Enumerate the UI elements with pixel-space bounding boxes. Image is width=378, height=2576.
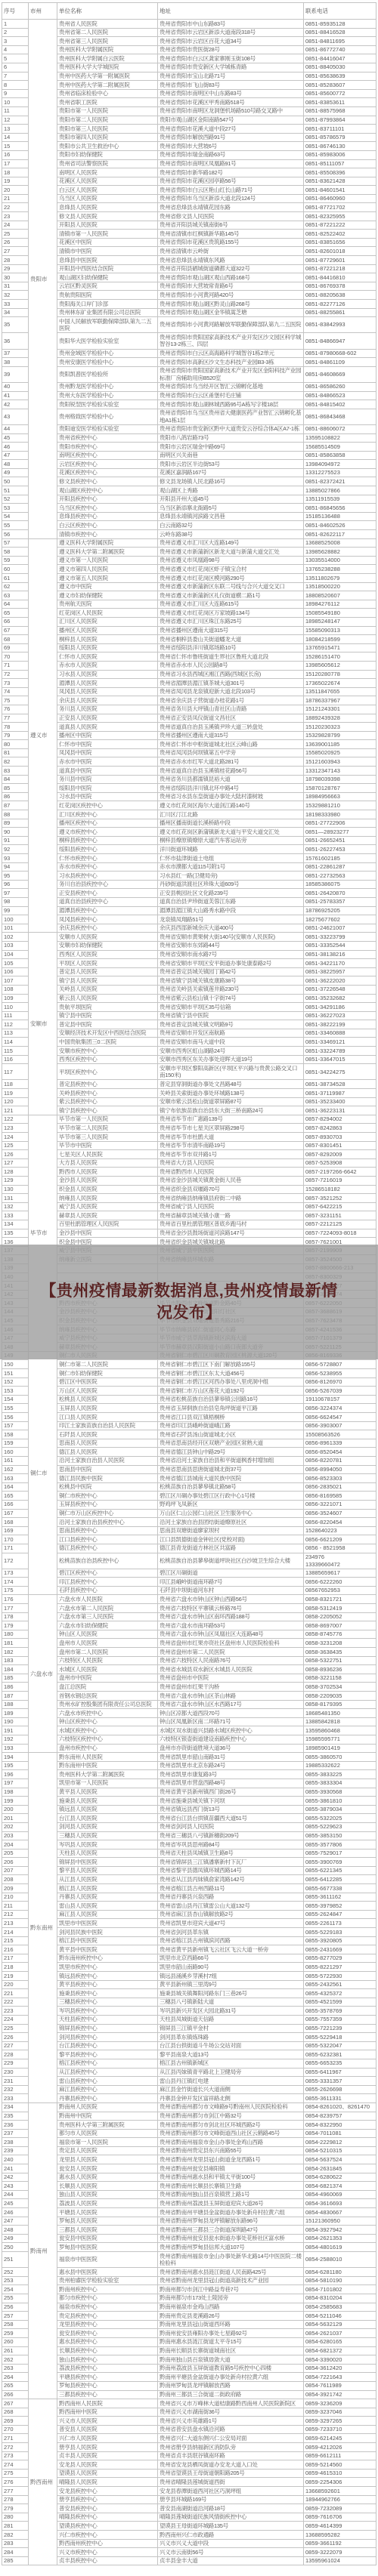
cell-phone: 0857-7224093-8018 [304,1229,376,1238]
table-row: 272册亨县人民医院贵州省册亨县纳福新区消防队旁0859-4212026 [2,2443,376,2452]
table-row: 189六盘水市疾控中心钟山区凉都大道西段70号18685481350 [2,1709,376,1718]
cell-address: 贞丰县金丰大道 [158,2556,304,2565]
cell-unit-name: 贵州林东矿业集团有限公司总医院 [57,308,158,317]
cell-unit-name: 黄平县人民医院 [57,1788,158,1797]
cell-no: 227 [2,2041,29,2050]
table-row: 32贵航贵阳医院贵州省贵阳市小河黄河路420号0851-88205638 [2,291,376,300]
cell-address: 贵州省黔南州罗甸县信邦大道107号 [158,2243,304,2252]
cell-no: 159 [2,1439,29,1448]
table-row: 72习水县人民医院贵州省习水县西城区湘江西路(西城区长房)15120280778 [2,670,376,679]
cell-phone: 0855-7221239 [304,2024,376,2033]
cell-address: 贵州省纳雍县纳雍镇县府街二中路 [158,1194,304,1203]
cell-no: 272 [2,2443,29,2452]
table-row: 259瓮安县疾控中心黔南州瓮安县雍阳办事处七星路92号0854-2621037 [2,2329,376,2338]
cell-unit-name: 湄潭县疾控中心 [57,906,158,915]
cell-no: 234 [2,2102,29,2112]
cell-unit-name: 遵义市妇幼保健院 [57,591,158,600]
cell-phone: 0858-5312419 [304,1604,376,1613]
table-row: 166玉屏县疾控中心野鸡坪飞凤新区0856-3221071 [2,1500,376,1509]
table-row: 118普定县疾控中心普定县穿洞街道办事处文昌路48号0851-38734528 [2,1080,376,1089]
table-row: 71赤水市人民医院贵州省赤水市人民公园路8号13985605612 [2,661,376,670]
table-row: 108关岭县人民医院贵州省关岭县关索镇莲井路230号0851-37226548 [2,985,376,994]
cell-no: 157 [2,1421,29,1430]
cell-unit-name: 正安县疾控中心 [57,889,158,898]
table-row: 120紫云县疾控中心安顺市紫云县松山街道翠屏路87号0851-35233400 [2,1097,376,1106]
cell-unit-name: 道真县中医院 [57,767,158,776]
cell-no: 32 [2,291,29,300]
cell-address: 贵州省剑河县人民医院 [158,1822,304,1831]
cell-no: 110 [2,1003,29,1012]
cell-address: 贵州省黔南州都匀市剑北社区环城西路2号 [158,2121,304,2130]
cell-unit-name: 三穗县疾控中心 [57,1998,158,2007]
cell-address: 播州区播南街道长溪桥路中段 [158,819,304,828]
cell-address: 贵州省安顺市平坝区35号信箱 [158,1003,304,1012]
cell-no: 84 [2,775,29,784]
cell-no: 262 [2,2355,29,2365]
cell-phone: 17365022674 [304,679,376,688]
watermark-overlay: 【贵州疫情最新数据消息,贵州疫情最新情况发布】 [0,1245,378,1359]
table-row: 263荔波县疾控中心黔南州荔波县玉屏街道教育路5号疾控中心四楼0854-3612… [2,2364,376,2373]
table-row: 190钟山区疾控中心钟山区凤凰新区南二环路71号13885842818 [2,1717,376,1726]
cell-address: 钟山区凉都大道西段70号 [158,1709,304,1718]
cell-unit-name: 贵阳市第三人民医院 [57,125,158,134]
table-row: 26花溪区中医院贵州省贵阳市花溪区贵筑路155号0851-83851656 [2,238,376,247]
table-row: 212麻江县人民医院贵州省麻江县杏山镇解放路2号0855-2624847 [2,1910,376,1919]
cell-address: 贵州省贵阳市高新区沙文生态科技产业园B3-3栋 [158,358,304,367]
cell-address: 贵州省册亨县纳福新区消防队旁 [158,2443,304,2452]
table-row: 258龙里县疾控中心黔南州龙里县冠山街道西环路0854-5632129 [2,2320,376,2329]
cell-address: 贵阳市观山湖区金阳南路547号 [158,116,304,125]
cell-no: 65 [2,609,29,618]
cell-phone: 13035514000 [304,556,376,565]
cell-phone: 13639001185 [304,740,376,749]
cell-unit-name: 安龙县人民医院 [57,2460,158,2470]
cell-phone: 0851-88205638 [304,291,376,300]
cell-no: 94 [2,862,29,872]
table-row: 154松桃县人民医院贵州省松桃苗族自治县蓼皋镇公园路16号19110678157 [2,1395,376,1404]
table-row: 67播州区人民医院贵州省播州区遵南大道315号15585090313 [2,626,376,635]
cell-phone: 0854-7611989 [304,2381,376,2390]
cell-phone: 0851-83842993 [304,317,376,333]
cell-address: 凯里市韶山南路90号 [158,1963,304,1972]
cell-phone: 18808520607 [304,591,376,600]
table-row: 27清镇市中医院贵州省清镇市云岭街0851-82601018 [2,247,376,256]
cell-phone: 0859-3661192 [304,2539,376,2548]
cell-no: 33 [2,300,29,309]
table-row: 155玉屏县人民医院贵州省玉屏侗族自治县皂角坪街道平江路0856-3224374 [2,1404,376,1413]
table-row: 10贵州省职工医院贵州省贵阳市花溪区甲秀南路518号0851-83853611 [2,98,376,107]
table-row: 241瓮安县人民医院贵州省黔南州瓮安县雍阳镇0854-2631845 [2,2164,376,2173]
cell-address: 贵州省凯里市北京东路24号 [158,1761,304,1770]
cell-phone: 0851-84608669 [304,366,376,382]
cell-no: 213 [2,1919,29,1928]
cell-no: 238 [2,2138,29,2147]
cell-unit-name: 黔南州中医院 [57,2112,158,2121]
cell-no: 223 [2,2007,29,2016]
cell-phone: 15120230323 [304,723,376,732]
cell-address: 台江县台拱街道斗牛场公交站对面 [158,2041,304,2050]
cell-phone: 0859-3222079 [304,2548,376,2557]
cell-address: 贵州省遵义市新蒲新区礼仪街道横二路1号 [158,591,304,600]
cell-address: 遵义市红花岗区新蒲镇新龙大道与平安大道交汇处 [158,828,304,837]
cell-phone: 0851-26227453 [304,845,376,854]
table-row: 112普定县中医院贵州省普定县城关镇文明路9号0851-38222199 [2,1020,376,1029]
cell-unit-name: 天柱县疾控中心 [57,2015,158,2024]
cell-phone: 0854-3616693 [304,2199,376,2208]
table-row: 208从江县人民医院贵州省从江县丙妹镇俞家湾路142号0855-6412285 [2,1875,376,1884]
cell-address: 印江县峨岭街道南环路7号 [158,1578,304,1587]
cell-phone: 13985628882 [304,548,376,557]
cell-unit-name: 红花岗区人民医院 [57,609,158,618]
cell-unit-name: 雷山县人民医院 [57,1902,158,1911]
cell-phone: 0851-85863858 [304,451,376,460]
cell-phone: 0857-8930703 [304,1133,376,1142]
cell-phone: 0854-3612420 [304,2364,376,2373]
table-row: 33贵阳海关口岸门诊部贵州省贵阳市观山湖区黔灵山路268号0851-822771… [2,300,376,309]
cell-unit-name: 贵阳市第四人民医院 [57,133,158,142]
cell-no: 82 [2,757,29,767]
cell-unit-name: 岑巩县疾控中心 [57,2007,158,2016]
cell-unit-name: 荔波县疾控中心 [57,2364,158,2373]
cell-phone: 0851-85638639 [304,72,376,81]
cell-address: 贵州省紫云县松山镇十字街74号 [158,994,304,1003]
cell-phone: 18798039398 [304,775,376,784]
cell-no: 132 [2,1202,29,1211]
cell-no: 221 [2,1989,29,1998]
cell-unit-name: 白云区疾控中心 [57,521,158,530]
table-row: 209榕江县人民医院贵州省榕江县古州西路11号0855-6677338 [2,1884,376,1893]
cell-unit-name: 绥阳县疾控中心 [57,845,158,854]
cell-phone: 0857-5253908 [304,1158,376,1168]
cell-phone: 0855-6412285 [304,1875,376,1884]
cell-no: 180 [2,1630,29,1639]
table-row: 18南明区人民医院贵州省贵阳市新华路182号0851-85508396 [2,168,376,177]
cell-unit-name: 毕节市第三人民医院 [57,1133,158,1142]
table-row: 56清镇市疾控中心云岭东路38号0851-82622117 [2,530,376,539]
cell-no: 80 [2,740,29,749]
cell-phone: 15120280778 [304,670,376,679]
cell-unit-name: 平塘县人民医院 [57,2208,158,2217]
table-row: 180钟山区人民医院贵州省六盘水市钟山区凤凰社区大连路48号0858-87457… [2,1630,376,1639]
table-row: 205天柱县人民医院贵州省天柱县凤城镇卫生路8号0855-7529017 [2,1849,376,1858]
cell-unit-name: 平坝区人民医院 [57,959,158,968]
table-row: 59遵义市第一人民医院贵州省遵义市凤凰路98号13035514000 [2,556,376,565]
cell-address: 贵州省贞丰县珉谷镇南环路 [158,2451,304,2460]
table-row: 52开阳县疾控中心开阳县开州大道45号13511915539 [2,495,376,504]
cell-no: 240 [2,2155,29,2164]
cell-phone: 0855-6411967 [304,2068,376,2077]
cell-unit-name: 贵州安康医学检验中心 [57,358,158,367]
table-row: 238福泉市第一人民医院贵州省黔南州福泉市金山办事处金鸡山西路0854-2229… [2,2138,376,2147]
cell-unit-name: 六枝特区人民医院 [57,1656,158,1665]
cell-phone: 13885659617 [304,1569,376,1578]
cell-unit-name: 安龙县疾控中心 [57,2487,158,2496]
table-row: 268黔西南州中医院贵州省兴义市湖南街36号0859-3237046 [2,2408,376,2417]
cell-unit-name: 遵义市疾控中心 [57,828,158,837]
cell-no: 230 [2,2068,29,2077]
table-row: 53乌当区疾控中心乌当区新添寨北衙路5号0851-86845656 [2,504,376,513]
table-row: 281望谟县疾控中心望谟县王母街道环城路135号0859-4614399 [2,2522,376,2531]
cell-unit-name: 贵州省第三人民医院 [57,37,158,46]
cell-unit-name: 贵州省第二人民医院 [57,28,158,37]
table-row: 48云岩区疾控中心贵阳市云岩区半边街53号13984094972 [2,460,376,469]
cell-no: 98 [2,897,29,906]
table-row: 78道真县人民医院贵州省道真自治县玉溪镇尹珍大道三转盘处15120230323 [2,723,376,732]
cell-phone: 1528640223 [304,1526,376,1535]
table-row: 97正安县疾控中心正安县桃园社区文化路239号0851-26420870 [2,889,376,898]
cell-phone: 13688525008 [304,538,376,548]
cell-phone: 0856-8994050 [304,1465,376,1474]
cell-phone: 0854-7221643 [304,2373,376,2382]
table-row: 115安顺市疾控中心安顺市西秀区虹山湖路24号0851-33224789 [2,1047,376,1056]
cell-address: 贵州省铜仁市碧江区下南门解放路155号 [158,1360,304,1369]
cell-unit-name: 百里杜鹃管理区人民医院 [57,1220,158,1229]
cell-unit-name: 凤冈县人民医院 [57,687,158,696]
table-row: 245荔波县人民医院贵州省黔南州荔波县玉屏街道迎宾大道26号0854-36166… [2,2199,376,2208]
table-row: 222三穗县疾控中心三穗县八弓镇新陆大道0855-4521599 [2,1998,376,2007]
cell-phone: 0855-5229623 [304,1822,376,1831]
cell-address: 贵州省毕节市杜鹃大道 [158,1133,304,1142]
table-row: 130织金县人民医院贵州省织金县双堰路70号15286518182 [2,1185,376,1194]
cell-phone: 18685481350 [304,1709,376,1718]
cell-unit-name: 瓮安县人民医院 [57,2164,158,2173]
cell-unit-name: 仁怀市疾控中心 [57,854,158,863]
cell-no: 211 [2,1902,29,1911]
table-row: 73湄潭县人民医院贵州省湄潭县湄江镇茶城大道301号17365022674 [2,679,376,688]
cell-unit-name: 西秀区疾控中心 [57,1055,158,1064]
table-row: 217黔东南州疾控中心凯里市北京西路66号0855-8277029 [2,1954,376,1963]
cell-unit-name: 白云区人民医院 [57,186,158,195]
table-row: 29开阳县中西医结合医院贵州省开阳县硒城街道磷都大道322号0851-87221… [2,264,376,273]
table-row: 279普安县疾控中心普安县南湖街道沿河路18号0859-7232089 [2,2504,376,2513]
cell-unit-name: 思南县人民医院 [57,1439,158,1448]
cell-no: 40 [2,382,29,391]
cell-phone: 0851—28923277 [304,828,376,837]
cell-unit-name: 贵阳海关口岸门诊部 [57,300,158,309]
table-row: 262独山县疾控中心黔南州独山县百泉镇毋敛大道0854-3390020 [2,2355,376,2365]
cell-no: 265 [2,2381,29,2390]
cell-phone: 0855-4325372 [304,1989,376,1998]
cell-phone: 0851-82522402 [304,230,376,239]
cell-address: 贵州省贵阳市白云区高海路科学城智谷1栋2单元 [158,349,304,358]
cell-address: 贵州省贵阳市贵安新区黔中大道贵安云谷综合体A区A7-1栋 [158,424,304,433]
cell-unit-name: 汇川区人民医院 [57,617,158,626]
cell-phone: 0857-3521252 [304,1194,376,1203]
cell-no: 236 [2,2121,29,2130]
table-row: 158石阡县人民医院贵州省石阡县汤山街道城北小区15508563526 [2,1430,376,1439]
cell-no: 253 [2,2276,29,2285]
cell-unit-name: 余庆县疾控中心 [57,924,158,933]
cell-unit-name: 七星关区人民医院 [57,1150,158,1159]
table-row: 104西秀区人民医院贵州省安顺市南水路7号0851-38138216 [2,950,376,959]
cell-phone: 0854-6821374 [304,2182,376,2191]
cell-no: 277 [2,2487,29,2496]
table-row: 57遵义市遵义医科大学附属医院贵州省遵义市汇川区大连路149号136885250… [2,538,376,548]
cell-phone: 13312275523 [304,468,376,477]
cell-address: 沿河土家族自治县团结街道燎原社区 [158,1518,304,1527]
cell-unit-name: 册亨县人民医院 [57,2443,158,2452]
cell-unit-name: 龙里县疾控中心 [57,2320,158,2329]
cell-no: 5 [2,54,29,63]
cell-phone: 15761602185 [304,854,376,863]
cell-address: 贵州省安顺市黄果树大街140号(安顺市人民医院) [158,933,304,942]
cell-no: 252 [2,2268,29,2277]
cell-address: 普安县南湖街道沿河路18号 [158,2504,304,2513]
cell-phone: 0856-6621209 [304,1535,376,1544]
cell-no: 154 [2,1395,29,1404]
cell-no: 126 [2,1150,29,1159]
cell-phone: 0851-33352544 [304,941,376,950]
cell-unit-name: 盘州市疾控中心 [57,1744,158,1753]
cell-address: 贵州省绥阳县洋川镇北环中路4号 [158,784,304,793]
cell-unit-name: 荔波县人民医院 [57,2199,158,2208]
cell-no: 112 [2,1020,29,1029]
cell-phone: 0854-2588010 [304,2252,376,2268]
cell-no: 217 [2,1954,29,1963]
table-row: 157印江土家族苗族自治县人民医院贵州省印江县峨岭街道峨江路0856-39030… [2,1421,376,1430]
cell-unit-name: 贵阳市第一人民医院 [57,106,158,116]
table-row: 50修文县疾控中心修文县龙场镇人民北路16号0851-82372421 [2,477,376,486]
cell-phone: 0851-85111057 [304,159,376,168]
table-row: 162思南县中医院贵州省思南县思唐街道城北街37号0856-8994050 [2,1465,376,1474]
table-row: 21乌当区人民医院贵州省贵阳市乌当区新添大道北段124号0851-8646096… [2,194,376,203]
cell-address: 贵州省威宁县人民医院 [158,1202,304,1211]
cell-address: 天柱县凤城街道天信路 [158,2015,304,2024]
cell-unit-name: 凤冈县疾控中心 [57,915,158,924]
cell-no: 57 [2,538,29,548]
table-row: 4贵州医科大学附属医院贵州省贵阳市贵医街28号0851-86772740 [2,45,376,54]
cell-no: 79 [2,731,29,740]
cell-unit-name: 贵州省疾控中心 [57,433,158,443]
cell-no: 162 [2,1465,29,1474]
cell-unit-name: 乌当区人民医院 [57,194,158,203]
cell-city: 铜仁市 [29,1351,57,1595]
cell-unit-name: 锦屏县中医医院 [57,1858,158,1867]
cell-phone: 15286151470 [304,652,376,662]
table-row: 46贵阳市疾控中心贵阳市云岩区瑞金中路69号15685514509 [2,443,376,452]
table-row: 91桐梓县疾控中心桐梓县燎原镇燎原大道汽车客运站旁0851-26652451 [2,836,376,845]
cell-phone: 0851-84815402 [304,400,376,409]
cell-no: 283 [2,2539,29,2548]
cell-unit-name: 瓮安县中医医院 [57,2234,158,2243]
cell-city: 黔东南州 [29,1753,57,2103]
table-row: 233丹寨县疾控中心丹寨县金钟开发区富祥路北侧0855-3611331 [2,2094,376,2103]
cell-phone: 0851-27722906 [304,819,376,828]
cell-address: 碧江区川硐办事处碧江区行政中心1号楼 [158,1492,304,1501]
cell-unit-name: 贵定县人民医院 [57,2146,158,2155]
table-row: 223岑巩县疾控中心岑巩县新兴开发区大园北路31号0855-3578769 [2,2007,376,2016]
cell-phone: 0858-5322751 [304,1656,376,1665]
cell-address: 贵州省百里杜鹃管理区普底乡跑马村 [158,1220,304,1229]
cell-unit-name: 播州区疾控中心 [57,819,158,828]
table-row: 61遵义市第五人民医院贵州省遵义市红花岗区模河路290号13511802679 [2,574,376,583]
cell-no: 30 [2,273,29,282]
cell-unit-name: 观山湖区妇幼保健院 [57,273,158,282]
cell-unit-name: 花溪区人民医院 [57,177,158,186]
cell-phone: 0854-8261020、8261470 [304,2102,376,2112]
cell-no: 104 [2,950,29,959]
table-row: 1贵阳市贵州省人民医院贵州省贵阳市中山东路83号0851-85935128 [2,20,376,29]
cell-no: 114 [2,1038,29,1047]
cell-phone: 0851-85935128 [304,20,376,29]
cell-unit-name: 中国人民解放军联勤保障部队第九二五医院 [57,317,158,333]
cell-no: 108 [2,985,29,994]
cell-phone: 0858-2205052 [304,1612,376,1621]
cell-address: 册亨县环城路169号 [158,2495,304,2504]
cell-unit-name: 黄平县疾控中心 [57,1980,158,1989]
cell-unit-name: 云岩区疾控中心 [57,460,158,469]
cell-address: 贵州省岑巩县思州路84号 [158,1840,304,1849]
cell-no: 48 [2,460,29,469]
cell-address: 桐梓县燎原镇燎原大道汽车客运站旁 [158,836,304,845]
cell-address: 贵州省息烽县永靖镇东风路 [158,256,304,265]
cell-unit-name: 黔西市人民医院 [57,1168,158,1177]
cell-phone: 0855-5322025 [304,1814,376,1823]
table-row: 243长顺县人民医院贵州省黔南州长顺县长寨镇卫生路0854-6821374 [2,2182,376,2191]
cell-no: 251 [2,2252,29,2268]
cell-phone: 0851-84416810 [304,273,376,282]
cell-phone: 0854-4830667 [304,2208,376,2217]
cell-no: 194 [2,1753,29,1762]
cell-phone: 18198333980 [304,810,376,819]
cell-no: 222 [2,1998,29,2007]
cell-unit-name: 印江土家族苗族自治县人民医院 [57,1421,158,1430]
cell-no: 131 [2,1194,29,1203]
table-row: 28息烽县中医医院贵州省息烽县永靖镇东风路0851-87729601 [2,256,376,265]
cell-unit-name: 务川县人民医院 [57,705,158,714]
cell-address: 贵州省水城县双水新区水城县人民医院 [158,1665,304,1674]
cell-address: 贵州省贵阳市贵阳国家高新技术产业开发区金阳科技产业园标准厂房辅助用房B520室 [158,366,304,382]
cell-no: 276 [2,2478,29,2487]
cell-no: 49 [2,468,29,477]
cell-unit-name: 兴仁市人民医院 [57,2434,158,2443]
cell-no: 250 [2,2243,29,2252]
table-row: 60遵义市第四人民医院贵州省遵义市红花岗区虾子镇宝合村13765238288 [2,565,376,574]
cell-phone: 0851-82601018 [304,247,376,256]
cell-address: 安顺市紫云县松山街道翠屏路87号 [158,1097,304,1106]
cell-no: 59 [2,556,29,565]
cell-address: 贵州省习水县西城区湘江西路(西城区长房) [158,670,304,679]
cell-unit-name: 六盘水市第三人民医院 [57,1612,158,1621]
cell-unit-name: 紫云县人民医院 [57,994,158,1003]
cell-no: 22 [2,203,29,212]
cell-address: 贵州省贵阳市白云区龚家寨刚玉街108号 [158,54,304,63]
cell-unit-name: 黎平县疾控中心 [57,2050,158,2059]
cell-no: 41 [2,391,29,400]
cell-address: 松桃苗族自治县蓼皋街道坪块社区白沙坡卫生综合大楼 [158,1553,304,1569]
cell-unit-name: 务川县中医院 [57,775,158,784]
table-header: 序号 市州 单位名称 地址 联系电话 [2,3,376,20]
cell-phone: 0856-8520454 [304,1448,376,1457]
cell-unit-name: 安顺市人民医院 [57,933,158,942]
table-row: 103安顺市妇幼保健院贵州省安顺市东郊路44号0851-33352544 [2,941,376,950]
cell-unit-name: 贞丰县疾控中心 [57,2556,158,2565]
cell-no: 206 [2,1858,29,1867]
table-row: 201台江县人民医院贵州省台江县台拱镇苗疆西大道51号0855-5322025 [2,1814,376,1823]
cell-unit-name: 桐梓县人民医院 [57,635,158,644]
table-row: 22息烽县人民医院贵州省息烽县永靖镇花园东路0851-87721702 [2,203,376,212]
cell-phone: 0855-8277029 [304,1954,376,1963]
table-row: 248三都县人民医院贵州省黔南州三都县三合街道深圳路47号0854-392794… [2,2226,376,2235]
cell-no: 285 [2,2556,29,2565]
table-row: 206锦屏县中医医院贵州省锦屏县三江镇潘寨新村下瓦厂0855-3900769 [2,1858,376,1867]
cell-unit-name: 花溪区疾控中心 [57,468,158,477]
cell-no: 200 [2,1805,29,1814]
cell-no: 34 [2,308,29,317]
cell-no: 56 [2,530,29,539]
cell-address: 普定县穿洞街道办事处文昌路48号 [158,1080,304,1089]
table-row: 164松桃县中医院松桃苗族自治县蓼皋镇北路58号0856-2835021 [2,1482,376,1492]
